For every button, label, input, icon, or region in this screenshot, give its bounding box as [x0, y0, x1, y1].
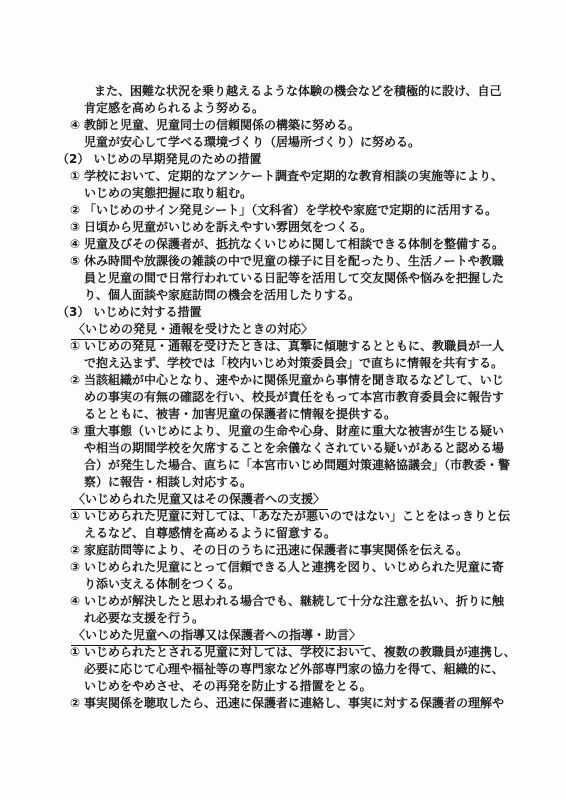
continuation-line: めの事実の有無の確認を行い、校長が責任をもって本宮市教育委員会に報告す	[0, 389, 566, 406]
line-text: り添い支える体制をつくる。	[84, 577, 240, 591]
line-text: いじめの実態把握に取り組む。	[84, 186, 252, 200]
list-item-line: ④児童及びその保護者が、抵抗なくいじめに関して相談できる体制を整備する。	[0, 236, 566, 253]
circled-number-marker: ①	[70, 644, 84, 661]
list-item-line: ⑤休み時間や放課後の雑談の中で児童の様子に目を配ったり、生活ノートや教職	[0, 253, 566, 270]
line-text: 学校において、定期的なアンケート調査や定期的な教育相談の実施等により、	[84, 169, 503, 183]
line-text: えるなど、自尊感情を高めるように留意する。	[84, 526, 336, 540]
circled-number-marker: ④	[70, 593, 84, 610]
continuation-line: いじめの実態把握に取り組む。	[0, 185, 566, 202]
line-text: いじめをやめさせ、その再発を防止する措置をとる。	[84, 679, 372, 693]
list-item-line: ②「いじめのサイン発見シート」（文科省）を学校や家庭で定期的に活用する。	[0, 202, 566, 219]
continuation-line: 察）に報告・相談し対応する。	[0, 474, 566, 491]
circled-number-marker: ②	[70, 695, 84, 712]
circled-number-marker: ③	[70, 219, 84, 236]
line-text: また、困難な状況を乗り越えるような体験の機会などを積極的に設け、自己	[94, 84, 502, 98]
list-item-line: ③重大事態（いじめにより、児童の生命や心身、財産に重大な被害が生じる疑い	[0, 423, 566, 440]
circled-number-marker: ①	[70, 508, 84, 525]
list-item-line: ②当該組織が中心となり、速やかに関係児童から事情を聞き取るなどして、いじ	[0, 372, 566, 389]
line-text: 事実関係を聴取したら、迅速に保護者に連絡し、事実に対する保護者の理解や	[84, 696, 504, 710]
continuation-line: るとともに、被害・加害児童の保護者に情報を提供する。	[0, 406, 566, 423]
section-heading: （2） いじめの早期発見のための措置	[0, 151, 566, 168]
line-text: や相当の期間学校を欠席することを余儀なくされている疑いがあると認める場	[84, 441, 504, 455]
continuation-line: 必要に応じて心理や福祉等の専門家など外部専門家の協力を得て、組織的に、	[0, 661, 566, 678]
circled-number-marker: ③	[70, 559, 84, 576]
continuation-line: 児童が安心して学べる環境づくり（居場所づくり）に努める。	[0, 134, 566, 151]
continuation-line: で抱え込まず、学校では「校内いじめ対策委員会」で直ちに情報を共有する。	[0, 355, 566, 372]
subsection-heading: 〈いじめの発見・通報を受けたときの対応〉	[0, 321, 566, 338]
subsection-heading: 〈いじめた児童への指導又は保護者への指導・助言〉	[0, 627, 566, 644]
list-item-line: ④教師と児童、児童同士の信頼関係の構築に努める。	[0, 117, 566, 134]
line-text: 「いじめのサイン発見シート」（文科省）を学校や家庭で定期的に活用する。	[84, 203, 497, 217]
document-page: また、困難な状況を乗り越えるような体験の機会などを積極的に設け、自己肯定感を高め…	[0, 0, 566, 800]
circled-number-marker: ④	[70, 117, 84, 134]
document-body: また、困難な状況を乗り越えるような体験の機会などを積極的に設け、自己肯定感を高め…	[0, 83, 566, 712]
list-item-line: ④いじめが解決したと思われる場合でも、継続して十分な注意を払い、折りに触	[0, 593, 566, 610]
line-text: 必要に応じて心理や福祉等の専門家など外部専門家の協力を得て、組織的に、	[84, 662, 504, 676]
circled-number-marker: ②	[70, 372, 84, 389]
line-text: 家庭訪問等により、その日のうちに迅速に保護者に事実関係を伝える。	[84, 543, 468, 557]
line-text: いじめられた児童にとって信頼できる人と連携を図り、いじめられた児童に寄	[84, 560, 504, 574]
line-text: 肯定感を高められるよう努める。	[84, 101, 264, 115]
list-item-line: ③いじめられた児童にとって信頼できる人と連携を図り、いじめられた児童に寄	[0, 559, 566, 576]
list-item-line: ①いじめの発見・通報を受けたときは、真摯に傾聴するとともに、教職員が一人	[0, 338, 566, 355]
list-item-line: ①学校において、定期的なアンケート調査や定期的な教育相談の実施等により、	[0, 168, 566, 185]
continuation-line: り、個人面談や家庭訪問の機会を活用したりする。	[0, 287, 566, 304]
line-text: めの事実の有無の確認を行い、校長が責任をもって本宮市教育委員会に報告す	[84, 390, 504, 404]
circled-number-marker: ②	[70, 202, 84, 219]
list-item-line: ②家庭訪問等により、その日のうちに迅速に保護者に事実関係を伝える。	[0, 542, 566, 559]
line-text: るとともに、被害・加害児童の保護者に情報を提供する。	[84, 407, 396, 421]
list-item-line: ①いじめられた児童に対しては、「あなたが悪いのではない」ことをはっきりと伝	[0, 508, 566, 525]
subsection-heading: 〈いじめられた児童又はその保護者への支援〉	[0, 491, 566, 508]
line-text: 児童が安心して学べる環境づくり（居場所づくり）に努める。	[84, 135, 420, 149]
continuation-line: えるなど、自尊感情を高めるように留意する。	[0, 525, 566, 542]
line-text: いじめの発見・通報を受けたときは、真摯に傾聴するとともに、教職員が一人	[84, 339, 504, 353]
continuation-line: いじめをやめさせ、その再発を防止する措置をとる。	[0, 678, 566, 695]
list-item-line: ①いじめられたとされる児童に対しては、学校において、複数の教職員が連携し、	[0, 644, 566, 661]
continuation-line: 員と児童の間で日常行われている日記等を活用して交友関係や悩みを把握した	[0, 270, 566, 287]
continuation-line: り添い支える体制をつくる。	[0, 576, 566, 593]
line-text: いじめられたとされる児童に対しては、学校において、複数の教職員が連携し、	[84, 645, 516, 659]
circled-number-marker: ③	[70, 423, 84, 440]
paragraph-line: また、困難な状況を乗り越えるような体験の機会などを積極的に設け、自己	[0, 83, 566, 100]
line-text: 重大事態（いじめにより、児童の生命や心身、財産に重大な被害が生じる疑い	[84, 424, 504, 438]
line-text: で抱え込まず、学校では「校内いじめ対策委員会」で直ちに情報を共有する。	[84, 356, 503, 370]
line-text: 日頃から児童がいじめを訴えやすい雰囲気をつくる。	[84, 220, 372, 234]
continuation-line: 合）が発生した場合、直ちに「本宮市いじめ問題対策連絡協議会」（市教委・警	[0, 457, 566, 474]
line-text: （2） いじめの早期発見のための措置	[57, 152, 262, 166]
circled-number-marker: ⑤	[70, 253, 84, 270]
circled-number-marker: ①	[70, 338, 84, 355]
line-text: 察）に報告・相談し対応する。	[84, 475, 252, 489]
line-text: れ必要な支援を行う。	[84, 611, 204, 625]
continuation-line: れ必要な支援を行う。	[0, 610, 566, 627]
line-text: 員と児童の間で日常行われている日記等を活用して交友関係や悩みを把握した	[84, 271, 504, 285]
line-text: 当該組織が中心となり、速やかに関係児童から事情を聞き取るなどして、いじ	[84, 373, 504, 387]
continuation-line: や相当の期間学校を欠席することを余儀なくされている疑いがあると認める場	[0, 440, 566, 457]
circled-number-marker: ②	[70, 542, 84, 559]
line-text: 児童及びその保護者が、抵抗なくいじめに関して相談できる体制を整備する。	[84, 237, 504, 251]
section-heading: （3） いじめに対する措置	[0, 304, 566, 321]
line-text: （3） いじめに対する措置	[57, 305, 202, 319]
circled-number-marker: ④	[70, 236, 84, 253]
circled-number-marker: ①	[70, 168, 84, 185]
list-item-line: ③日頃から児童がいじめを訴えやすい雰囲気をつくる。	[0, 219, 566, 236]
line-text: 教師と児童、児童同士の信頼関係の構築に努める。	[84, 118, 360, 132]
line-text: り、個人面談や家庭訪問の機会を活用したりする。	[84, 288, 360, 302]
list-item-line: ②事実関係を聴取したら、迅速に保護者に連絡し、事実に対する保護者の理解や	[0, 695, 566, 712]
line-text: いじめが解決したと思われる場合でも、継続して十分な注意を払い、折りに触	[84, 594, 504, 608]
line-text: 休み時間や放課後の雑談の中で児童の様子に目を配ったり、生活ノートや教職	[84, 254, 504, 268]
continuation-line: 肯定感を高められるよう努める。	[0, 100, 566, 117]
line-text: いじめられた児童に対しては、「あなたが悪いのではない」ことをはっきりと伝	[84, 509, 510, 523]
line-text: 合）が発生した場合、直ちに「本宮市いじめ問題対策連絡協議会」（市教委・警	[84, 458, 510, 472]
